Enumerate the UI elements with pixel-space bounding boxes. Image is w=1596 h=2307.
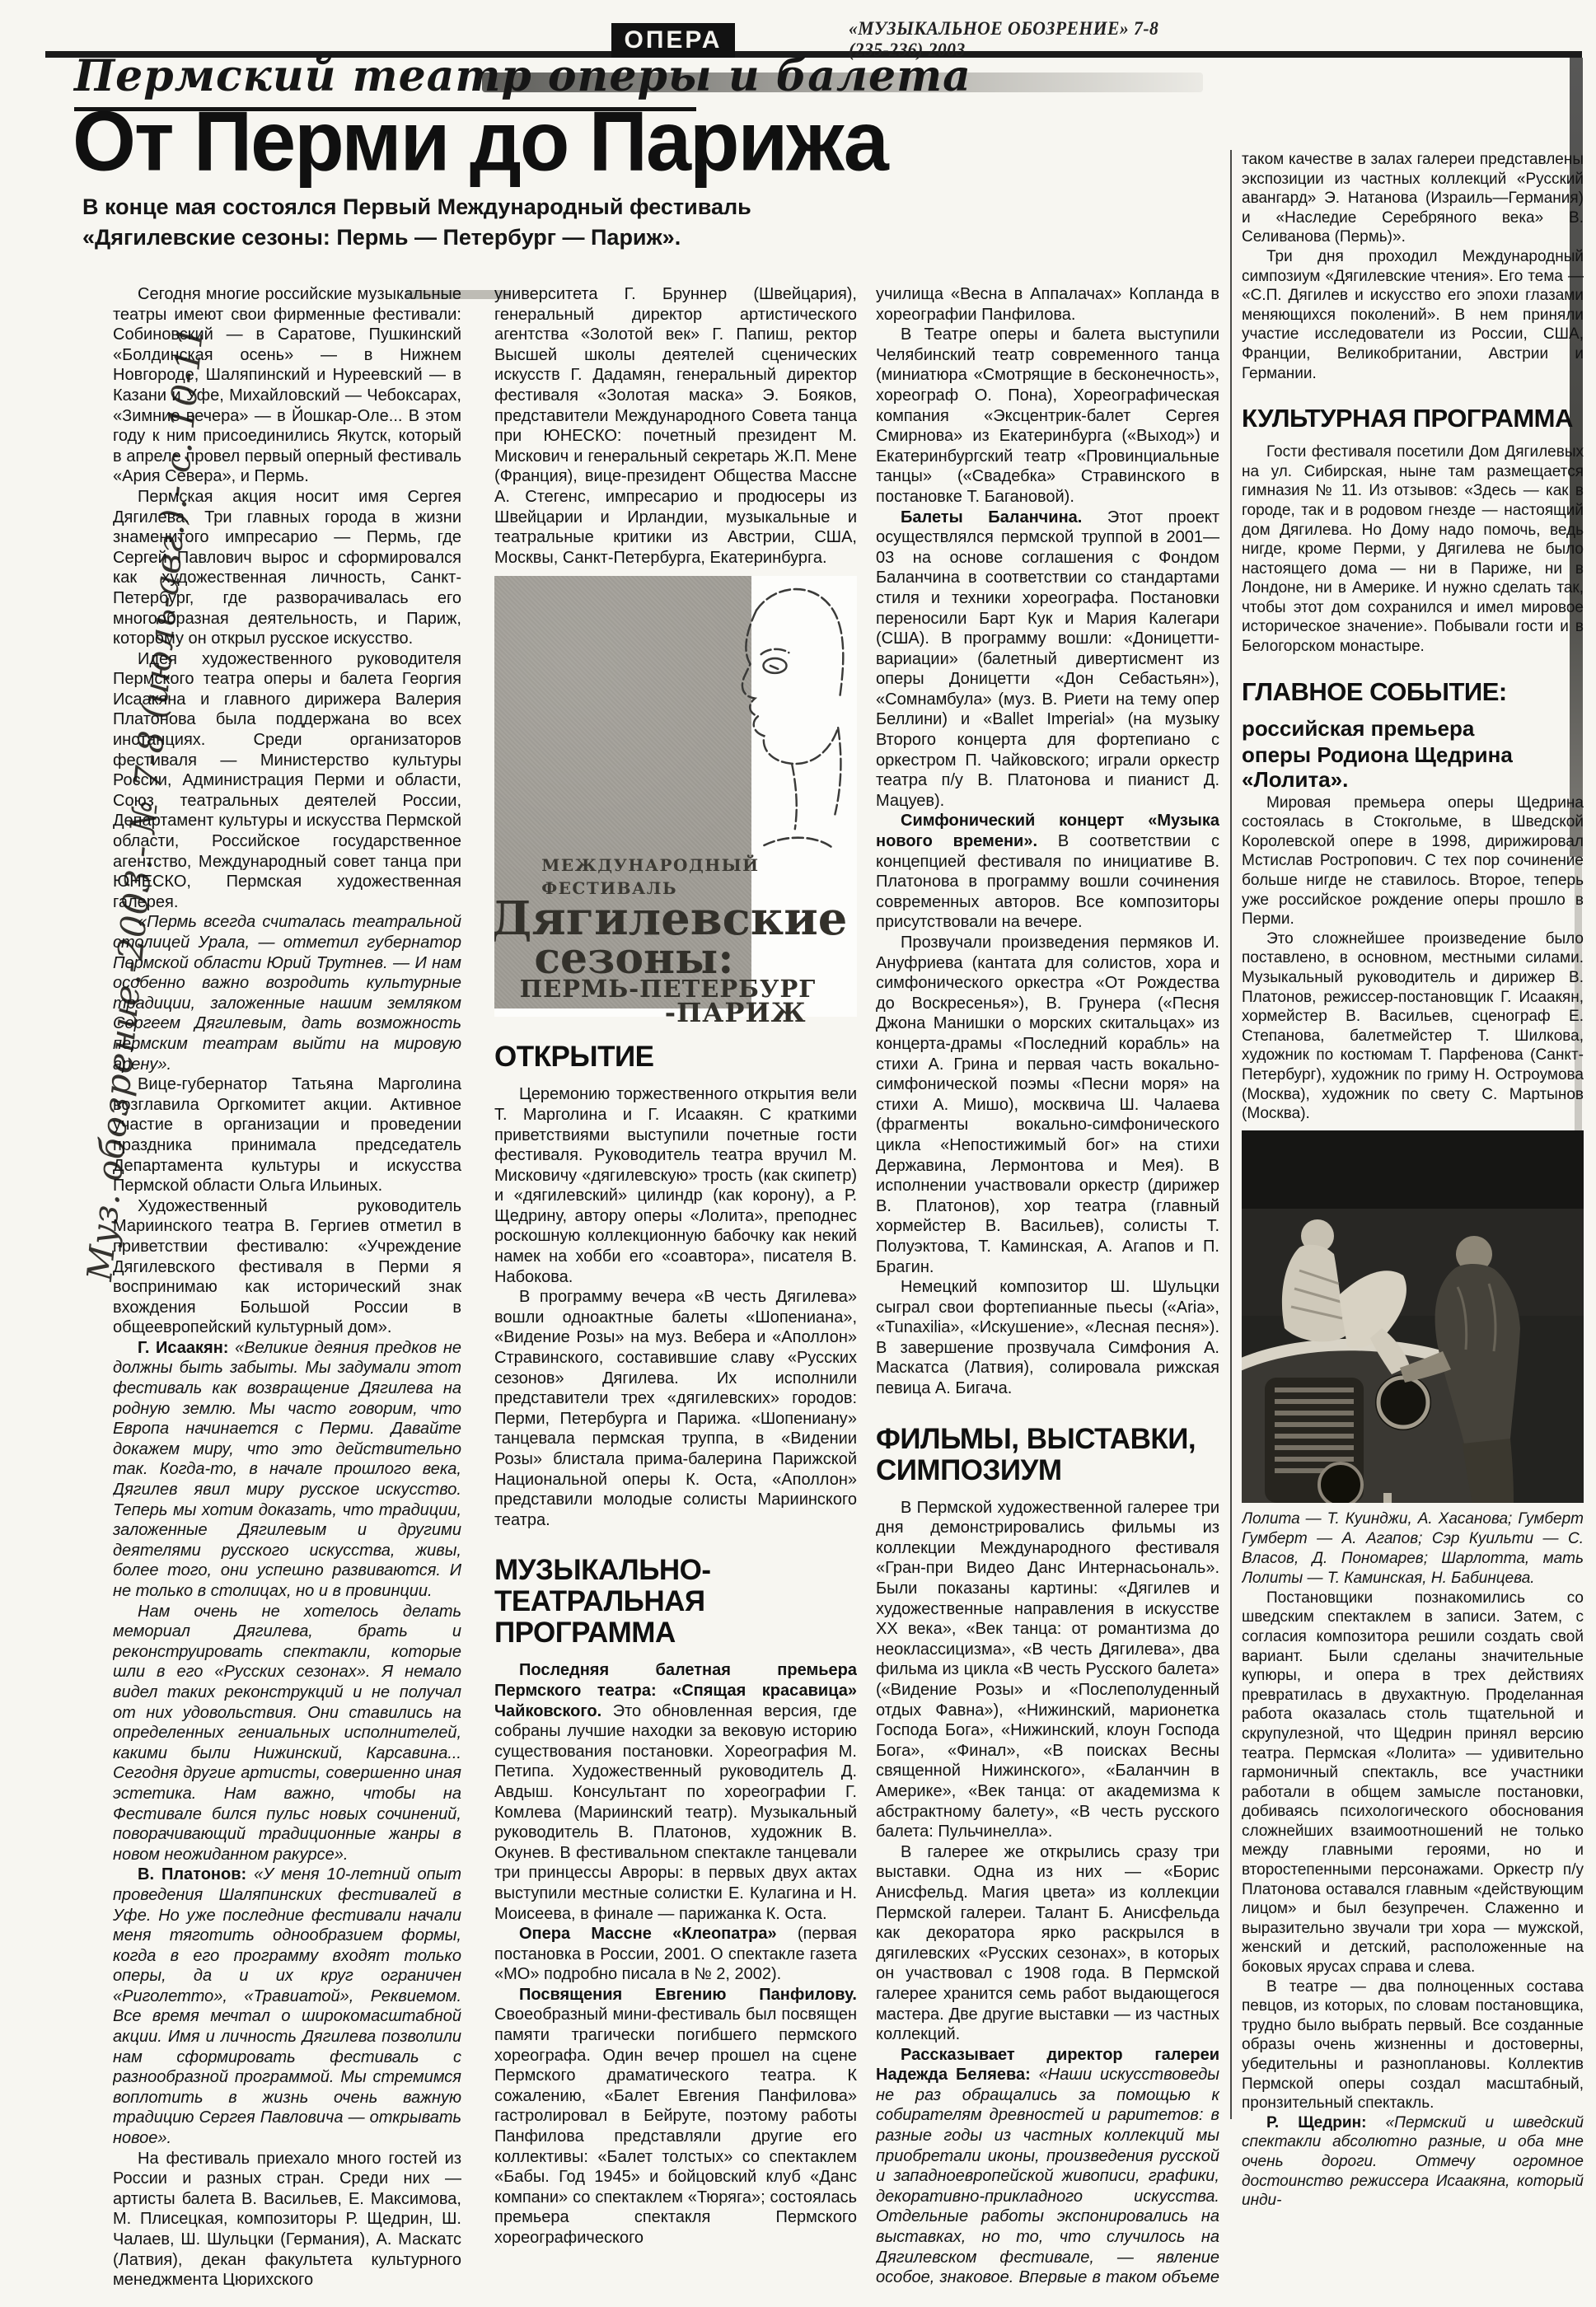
column-4: таком качестве в залах галереи представл… [1242,150,1584,2284]
section-heading: МУЗЫКАЛЬНО-ТЕАТРАЛЬНАЯ ПРОГРАММА [494,1555,857,1649]
column-1: Сегодня многие российские музыкальные те… [113,284,461,2286]
paragraph: Пермская акция носит имя Сергея Дягилева… [113,487,461,649]
poster-cities-line2: -ПАРИЖ [665,997,807,1028]
column-2-text-top: университета Г. Бруннер (Швейцария), ген… [494,284,857,568]
paragraph-lead: Симфонический концерт «Музыка нового вре… [876,812,1219,850]
section-heading: ОТКРЫТИЕ [494,1041,857,1073]
subheadline: В конце мая состоялся Первый Международн… [82,192,989,253]
lolita-stage-photo [1242,1130,1584,1503]
paragraph: университета Г. Бруннер (Швейцария), ген… [494,284,857,568]
paragraph: В. Платонов: «У меня 10-летний опыт пров… [113,1865,461,2148]
paragraph-lead: Последняя балетная премьера Пермского те… [494,1661,857,1720]
section-heading: ГЛАВНОЕ СОБЫТИЕ: [1242,678,1584,706]
newspaper-page: ОПЕРА «МУЗЫКАЛЬНОЕ ОБОЗРЕНИЕ» 7-8 (235-2… [0,0,1596,2307]
paragraph: На фестиваль приехало много гостей из Ро… [113,2149,461,2286]
lolita-photo-illustration [1242,1130,1584,1503]
subheadline-line2: «Дягилевские сезоны: Пермь — Петербург —… [82,222,989,253]
paragraph: Рассказывает директор галереи Надежда Бе… [876,2045,1219,2286]
column-1-text: Сегодня многие российские музыкальные те… [113,284,461,2286]
paragraph: Три дня проходил Международный симпозиум… [1242,247,1584,383]
paragraph: Это сложнейшее произведение было поставл… [1242,929,1584,1124]
paragraph: Художественный руководитель Мариинского … [113,1196,461,1338]
column-4-text-bottom: Постановщики познакомились со шведским с… [1242,1589,1584,2211]
paragraph: В Театре оперы и балета выступили Челяби… [876,325,1219,507]
paragraph-lead: Балеты Баланчина. [901,508,1107,526]
paragraph-lead: Опера Массне «Клеопатра» [519,1925,798,1943]
section-heading: ФИЛЬМЫ, ВЫСТАВКИ, СИМПОЗИУМ [876,1424,1219,1486]
paragraph: Балеты Баланчина. Этот проект осуществля… [876,508,1219,812]
paragraph: В галерее же открылись сразу три выставк… [876,1842,1219,2045]
diaghilev-face-drawing-icon [733,576,857,1017]
paragraph: Нам очень не хотелось делать мемориал Дя… [113,1602,461,1865]
paragraph: Постановщики познакомились со шведским с… [1242,1589,1584,1977]
paragraph: Последняя балетная премьера Пермского те… [494,1660,857,1924]
paragraph: Мировая премьера оперы Щедрина состоялас… [1242,793,1584,929]
paragraph: таком качестве в залах галереи представл… [1242,150,1584,247]
column-2-text-bottom: ОТКРЫТИЕЦеремонию торжественного открыти… [494,1041,857,2248]
paragraph: Идея художественного руководителя Пермск… [113,649,461,913]
paragraph-lead: Р. Щедрин: [1266,2114,1386,2132]
column-3-text: училища «Весна в Аппалачах» Копланда в х… [876,284,1219,2286]
paragraph: «Пермь всегда считалась театральной стол… [113,912,461,1074]
paragraph-lead: Рассказывает директор галереи Надежда Бе… [876,2046,1219,2085]
paragraph: Г. Исаакян: «Великие деяния предков не д… [113,1338,461,1602]
paragraph: В программу вечера «В честь Дягилева» во… [494,1287,857,1530]
column-3: училища «Весна в Аппалачах» Копланда в х… [876,284,1219,2286]
paragraph: Вице-губернатор Татьяна Марголина возгла… [113,1074,461,1196]
paragraph: В Пермской художественной галерее три дн… [876,1498,1219,1842]
festival-poster-image: МЕЖДУНАРОДНЫЙ ФЕСТИВАЛЬ Дягилевские сезо… [494,576,857,1017]
paragraph: Немецкий композитор Ш. Шульцки сыграл св… [876,1277,1219,1399]
paragraph: В театре — два полноценных состава певцо… [1242,1977,1584,2113]
section-heading: российская премьера [1242,716,1584,741]
column-divider [1230,150,1232,2119]
paragraph: Гости фестиваля посетили Дом Дягилевых н… [1242,442,1584,657]
paragraph-lead: Посвящения Евгению Панфилову. [519,1986,857,2004]
paragraph-lead: В. Платонов: [138,1865,254,1884]
section-heading: оперы Родиона Щедрина «Лолита». [1242,742,1584,792]
paragraph: Прозвучали произведения пермяков И. Ануф… [876,933,1219,1277]
headline: От Перми до Парижа [73,92,1218,190]
paragraph: Опера Массне «Клеопатра» (первая постано… [494,1924,857,1985]
paragraph: училища «Весна в Аппалачах» Копланда в х… [876,284,1219,325]
column-4-text-top: таком качестве в залах галереи представл… [1242,150,1584,1124]
paragraph: Симфонический концерт «Музыка нового вре… [876,811,1219,933]
section-heading: КУЛЬТУРНАЯ ПРОГРАММА [1242,405,1584,433]
photo-caption: Лолита — Т. Куинджи, А. Хасанова; Гумбер… [1242,1509,1584,1589]
paragraph: Посвящения Евгению Панфилову. Своеобразн… [494,1985,857,2249]
paragraph: Сегодня многие российские музыкальные те… [113,284,461,487]
paragraph-lead: Г. Исаакян: [138,1339,235,1357]
paragraph: Церемонию торжественного открытия вели Т… [494,1084,857,1287]
paragraph: Р. Щедрин: «Пермский и шведский спектакл… [1242,2113,1584,2211]
column-2: университета Г. Бруннер (Швейцария), ген… [494,284,857,2286]
subheadline-line1: В конце мая состоялся Первый Международн… [82,192,989,222]
